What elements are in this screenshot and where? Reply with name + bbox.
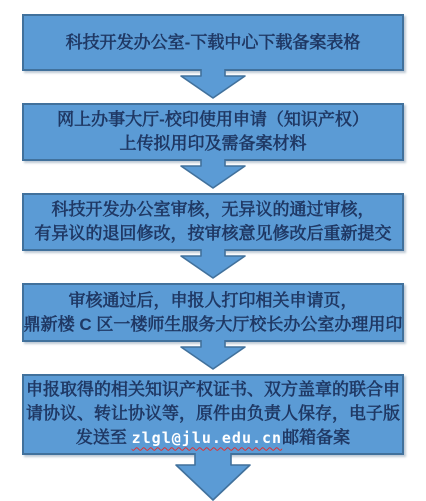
email-line-suffix: 邮箱备案 [282, 428, 350, 447]
flow-step-4-box: 审核通过后，申报人打印相关申请页， 鼎新楼 C 区一楼师生服务大厅校长办公室办理… [22, 283, 404, 341]
down-arrow-icon [180, 249, 246, 279]
flow-step-1-text: 科技开发办公室-下载中心下载备案表格 [66, 31, 361, 55]
flow-step-4-text-line-1: 审核通过后，申报人打印相关申请页， [69, 289, 358, 313]
down-arrow-icon [180, 159, 246, 189]
flow-step-4-text-line-2: 鼎新楼 C 区一楼师生服务大厅校长办公室办理用印 [24, 313, 403, 337]
backup-email-address: zlgl@jlu.edu.cn [132, 429, 282, 447]
email-line-prefix: 发送至 [76, 428, 132, 447]
flowchart-canvas: 科技开发办公室-下载中心下载备案表格 网上办事大厅-校印使用申请（知识产权） 上… [0, 0, 426, 501]
flow-step-5-text-line-2: 请协议、转让协议等，原件由负责人保存，电子版 [26, 402, 400, 426]
flow-step-3-text-line-2: 有异议的退回修改，按审核意见修改后重新提交 [35, 222, 392, 246]
flow-step-3-box: 科技开发办公室审核，无异议的通过审核， 有异议的退回修改，按审核意见修改后重新提… [22, 193, 404, 251]
flow-step-5-text-line-1: 申报取得的相关知识产权证书、双方盖章的联合申 [26, 378, 400, 402]
down-arrow-icon [180, 69, 246, 99]
flow-step-2-box: 网上办事大厅-校印使用申请（知识产权） 上传拟用印及需备案材料 [22, 103, 404, 161]
flow-step-5-text-line-3: 发送至 zlgl@jlu.edu.cn邮箱备案 [76, 426, 350, 450]
flow-step-2-text-line-2: 上传拟用印及需备案材料 [120, 132, 307, 156]
flow-step-2-text-line-1: 网上办事大厅-校印使用申请（知识产权） [57, 108, 369, 132]
down-arrow-icon [175, 453, 251, 501]
flow-step-5-box: 申报取得的相关知识产权证书、双方盖章的联合申 请协议、转让协议等，原件由负责人保… [22, 374, 404, 455]
flow-step-3-text-line-1: 科技开发办公室审核，无异议的通过审核， [52, 198, 375, 222]
down-arrow-icon [180, 340, 246, 370]
flow-step-1-box: 科技开发办公室-下载中心下载备案表格 [22, 14, 404, 71]
